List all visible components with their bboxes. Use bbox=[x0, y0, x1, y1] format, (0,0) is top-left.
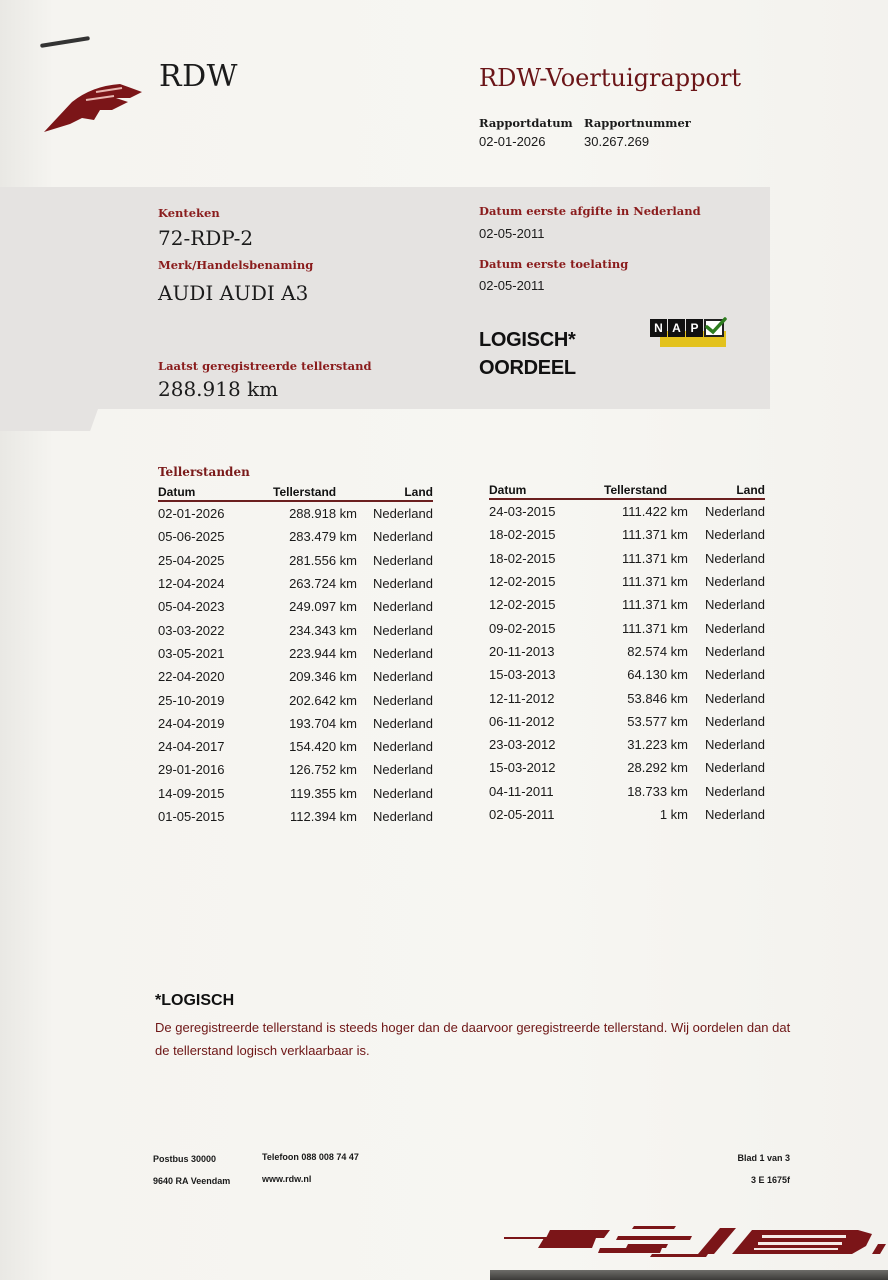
footer-postbus: Postbus 30000 bbox=[153, 1154, 216, 1164]
afgifte-value: 02-05-2011 bbox=[479, 226, 545, 241]
table-row: 29-01-2016126.752 kmNederland bbox=[158, 758, 433, 781]
col-tellerstand: Tellerstand bbox=[271, 485, 357, 499]
cell-land: Nederland bbox=[357, 599, 433, 614]
cell-tellerstand: 111.422 km bbox=[602, 504, 688, 519]
table-row: 15-03-201364.130 kmNederland bbox=[489, 663, 765, 686]
col-datum: Datum bbox=[489, 483, 602, 497]
band-tab bbox=[0, 409, 98, 431]
kenteken-value: 72-RDP-2 bbox=[158, 226, 253, 250]
cell-land: Nederland bbox=[688, 737, 765, 752]
cell-datum: 23-03-2012 bbox=[489, 737, 602, 752]
cell-tellerstand: 154.420 km bbox=[271, 739, 357, 754]
cell-land: Nederland bbox=[688, 807, 765, 822]
cell-datum: 24-03-2015 bbox=[489, 504, 602, 519]
cell-datum: 05-04-2023 bbox=[158, 599, 271, 614]
cell-land: Nederland bbox=[688, 760, 765, 775]
rapportdatum-label: Rapportdatum bbox=[479, 116, 573, 130]
cell-datum: 12-02-2015 bbox=[489, 574, 602, 589]
cell-tellerstand: 64.130 km bbox=[602, 667, 688, 682]
table-row: 12-02-2015111.371 kmNederland bbox=[489, 570, 765, 593]
cell-land: Nederland bbox=[357, 529, 433, 544]
footer-telefoon: Telefoon 088 008 74 47 bbox=[262, 1152, 359, 1162]
table-row: 12-02-2015111.371 kmNederland bbox=[489, 593, 765, 616]
col-land: Land bbox=[688, 483, 765, 497]
nap-letter-n: N bbox=[650, 319, 667, 337]
report-title: RDW-Voertuigrapport bbox=[479, 64, 741, 92]
table-row: 03-05-2021223.944 kmNederland bbox=[158, 642, 433, 665]
tellerstanden-table-left: Datum Tellerstand Land 02-01-2026288.918… bbox=[158, 485, 433, 828]
logisch-note-title: *LOGISCH bbox=[155, 992, 234, 1010]
table-row: 22-04-2020209.346 kmNederland bbox=[158, 665, 433, 688]
table-row: 04-11-201118.733 kmNederland bbox=[489, 780, 765, 803]
table-row: 24-03-2015111.422 kmNederland bbox=[489, 500, 765, 523]
kenteken-label: Kenteken bbox=[158, 206, 220, 220]
cell-datum: 24-04-2019 bbox=[158, 716, 271, 731]
rapportnummer-label: Rapportnummer bbox=[584, 116, 691, 130]
cell-datum: 29-01-2016 bbox=[158, 762, 271, 777]
cell-land: Nederland bbox=[688, 621, 765, 636]
cell-land: Nederland bbox=[357, 646, 433, 661]
cell-tellerstand: 18.733 km bbox=[602, 784, 688, 799]
cell-datum: 14-09-2015 bbox=[158, 786, 271, 801]
col-datum: Datum bbox=[158, 485, 271, 499]
cell-tellerstand: 249.097 km bbox=[271, 599, 357, 614]
table-row: 23-03-201231.223 kmNederland bbox=[489, 733, 765, 756]
cell-tellerstand: 193.704 km bbox=[271, 716, 357, 731]
cell-tellerstand: 126.752 km bbox=[271, 762, 357, 777]
cell-tellerstand: 202.642 km bbox=[271, 693, 357, 708]
table-row: 12-04-2024263.724 kmNederland bbox=[158, 572, 433, 595]
cell-datum: 03-03-2022 bbox=[158, 623, 271, 638]
table-row: 20-11-201382.574 kmNederland bbox=[489, 640, 765, 663]
cell-datum: 09-02-2015 bbox=[489, 621, 602, 636]
cell-datum: 20-11-2013 bbox=[489, 644, 602, 659]
toelating-value: 02-05-2011 bbox=[479, 278, 545, 293]
table-header: Datum Tellerstand Land bbox=[489, 483, 765, 500]
oordeel-verdict: LOGISCH* OORDEEL bbox=[479, 326, 576, 382]
table-row: 24-04-2017154.420 kmNederland bbox=[158, 735, 433, 758]
table-row: 09-02-2015111.371 kmNederland bbox=[489, 616, 765, 639]
table-row: 12-11-201253.846 kmNederland bbox=[489, 686, 765, 709]
cell-datum: 22-04-2020 bbox=[158, 669, 271, 684]
cell-tellerstand: 263.724 km bbox=[271, 576, 357, 591]
table-row: 18-02-2015111.371 kmNederland bbox=[489, 523, 765, 546]
cell-tellerstand: 288.918 km bbox=[271, 506, 357, 521]
footer-website: www.rdw.nl bbox=[262, 1174, 311, 1184]
cell-datum: 04-11-2011 bbox=[489, 784, 602, 799]
cell-datum: 18-02-2015 bbox=[489, 527, 602, 542]
table-row: 03-03-2022234.343 kmNederland bbox=[158, 618, 433, 641]
pen-mark bbox=[40, 36, 90, 48]
toelating-label: Datum eerste toelating bbox=[479, 257, 628, 271]
table-header: Datum Tellerstand Land bbox=[158, 485, 433, 502]
cell-land: Nederland bbox=[357, 716, 433, 731]
cell-land: Nederland bbox=[357, 576, 433, 591]
cell-land: Nederland bbox=[357, 786, 433, 801]
table-row: 25-04-2025281.556 kmNederland bbox=[158, 549, 433, 572]
merk-label: Merk/Handelsbenaming bbox=[158, 258, 313, 272]
cell-datum: 24-04-2017 bbox=[158, 739, 271, 754]
table-row: 15-03-201228.292 kmNederland bbox=[489, 756, 765, 779]
table-row: 24-04-2019193.704 kmNederland bbox=[158, 712, 433, 735]
cell-land: Nederland bbox=[688, 597, 765, 612]
table-row: 25-10-2019202.642 kmNederland bbox=[158, 688, 433, 711]
cell-land: Nederland bbox=[688, 574, 765, 589]
footer-address: 9640 RA Veendam bbox=[153, 1176, 230, 1186]
cell-datum: 12-04-2024 bbox=[158, 576, 271, 591]
col-tellerstand: Tellerstand bbox=[602, 483, 688, 497]
table-row: 02-01-2026288.918 kmNederland bbox=[158, 502, 433, 525]
report-page: RDW RDW-Voertuigrapport Rapportdatum 02-… bbox=[0, 0, 888, 1280]
cell-datum: 12-11-2012 bbox=[489, 691, 602, 706]
cell-datum: 05-06-2025 bbox=[158, 529, 271, 544]
cell-datum: 15-03-2013 bbox=[489, 667, 602, 682]
cell-tellerstand: 283.479 km bbox=[271, 529, 357, 544]
cell-land: Nederland bbox=[357, 762, 433, 777]
verdict-line-2: OORDEEL bbox=[479, 354, 576, 382]
cell-tellerstand: 82.574 km bbox=[602, 644, 688, 659]
nap-check-icon bbox=[704, 319, 724, 337]
table-row: 05-04-2023249.097 kmNederland bbox=[158, 595, 433, 618]
cell-tellerstand: 53.846 km bbox=[602, 691, 688, 706]
cell-datum: 02-01-2026 bbox=[158, 506, 271, 521]
nap-letter-p: P bbox=[686, 319, 703, 337]
rdw-speed-stripes-graphic bbox=[500, 1218, 888, 1260]
cell-tellerstand: 111.371 km bbox=[602, 574, 688, 589]
cell-land: Nederland bbox=[357, 623, 433, 638]
cell-datum: 02-05-2011 bbox=[489, 807, 602, 822]
nap-letter-a: A bbox=[668, 319, 685, 337]
cell-land: Nederland bbox=[688, 714, 765, 729]
tellerstand-label: Laatst geregistreerde tellerstand bbox=[158, 359, 372, 373]
cell-tellerstand: 111.371 km bbox=[602, 551, 688, 566]
cell-tellerstand: 223.944 km bbox=[271, 646, 357, 661]
tellerstanden-title: Tellerstanden bbox=[158, 465, 250, 479]
cell-land: Nederland bbox=[688, 784, 765, 799]
cell-tellerstand: 53.577 km bbox=[602, 714, 688, 729]
cell-datum: 12-02-2015 bbox=[489, 597, 602, 612]
cell-tellerstand: 112.394 km bbox=[271, 809, 357, 824]
cell-land: Nederland bbox=[357, 809, 433, 824]
cell-land: Nederland bbox=[688, 691, 765, 706]
afgifte-label: Datum eerste afgifte in Nederland bbox=[479, 204, 701, 218]
cell-land: Nederland bbox=[688, 551, 765, 566]
cell-tellerstand: 31.223 km bbox=[602, 737, 688, 752]
footer-code: 3 E 1675f bbox=[690, 1175, 790, 1185]
cell-tellerstand: 1 km bbox=[602, 807, 688, 822]
cell-tellerstand: 234.343 km bbox=[271, 623, 357, 638]
cell-land: Nederland bbox=[357, 669, 433, 684]
cell-tellerstand: 28.292 km bbox=[602, 760, 688, 775]
cell-datum: 25-10-2019 bbox=[158, 693, 271, 708]
cell-tellerstand: 209.346 km bbox=[271, 669, 357, 684]
cell-tellerstand: 119.355 km bbox=[271, 786, 357, 801]
cell-land: Nederland bbox=[688, 504, 765, 519]
cell-tellerstand: 111.371 km bbox=[602, 621, 688, 636]
cell-tellerstand: 111.371 km bbox=[602, 527, 688, 542]
col-land: Land bbox=[357, 485, 433, 499]
verdict-line-1: LOGISCH* bbox=[479, 326, 576, 354]
table-row: 02-05-20111 kmNederland bbox=[489, 803, 765, 826]
table-row: 01-05-2015112.394 kmNederland bbox=[158, 805, 433, 828]
rapportnummer-value: 30.267.269 bbox=[584, 134, 649, 149]
cell-land: Nederland bbox=[688, 644, 765, 659]
cell-datum: 03-05-2021 bbox=[158, 646, 271, 661]
cell-land: Nederland bbox=[357, 693, 433, 708]
cell-tellerstand: 111.371 km bbox=[602, 597, 688, 612]
merk-value: AUDI AUDI A3 bbox=[158, 281, 308, 305]
cell-datum: 01-05-2015 bbox=[158, 809, 271, 824]
table-row: 06-11-201253.577 kmNederland bbox=[489, 710, 765, 733]
tellerstand-value: 288.918 km bbox=[158, 377, 278, 401]
cell-land: Nederland bbox=[357, 553, 433, 568]
rdw-wing-logo-icon bbox=[42, 80, 144, 134]
vehicle-summary-band bbox=[0, 187, 770, 409]
tellerstanden-table-right: Datum Tellerstand Land 24-03-2015111.422… bbox=[489, 483, 765, 826]
footer-page-number: Blad 1 van 3 bbox=[690, 1153, 790, 1163]
cell-datum: 25-04-2025 bbox=[158, 553, 271, 568]
table-row: 18-02-2015111.371 kmNederland bbox=[489, 547, 765, 570]
nap-logo: N A P bbox=[650, 319, 730, 349]
table-row: 14-09-2015119.355 kmNederland bbox=[158, 782, 433, 805]
cell-land: Nederland bbox=[357, 506, 433, 521]
cell-datum: 18-02-2015 bbox=[489, 551, 602, 566]
rdw-logo-text: RDW bbox=[159, 59, 238, 94]
page-edge-shadow bbox=[490, 1270, 888, 1280]
table-row: 05-06-2025283.479 kmNederland bbox=[158, 525, 433, 548]
cell-tellerstand: 281.556 km bbox=[271, 553, 357, 568]
rapportdatum-value: 02-01-2026 bbox=[479, 134, 546, 149]
cell-land: Nederland bbox=[357, 739, 433, 754]
cell-datum: 06-11-2012 bbox=[489, 714, 602, 729]
logisch-note-text: De geregistreerde tellerstand is steeds … bbox=[155, 1016, 795, 1062]
cell-datum: 15-03-2012 bbox=[489, 760, 602, 775]
cell-land: Nederland bbox=[688, 667, 765, 682]
cell-land: Nederland bbox=[688, 527, 765, 542]
